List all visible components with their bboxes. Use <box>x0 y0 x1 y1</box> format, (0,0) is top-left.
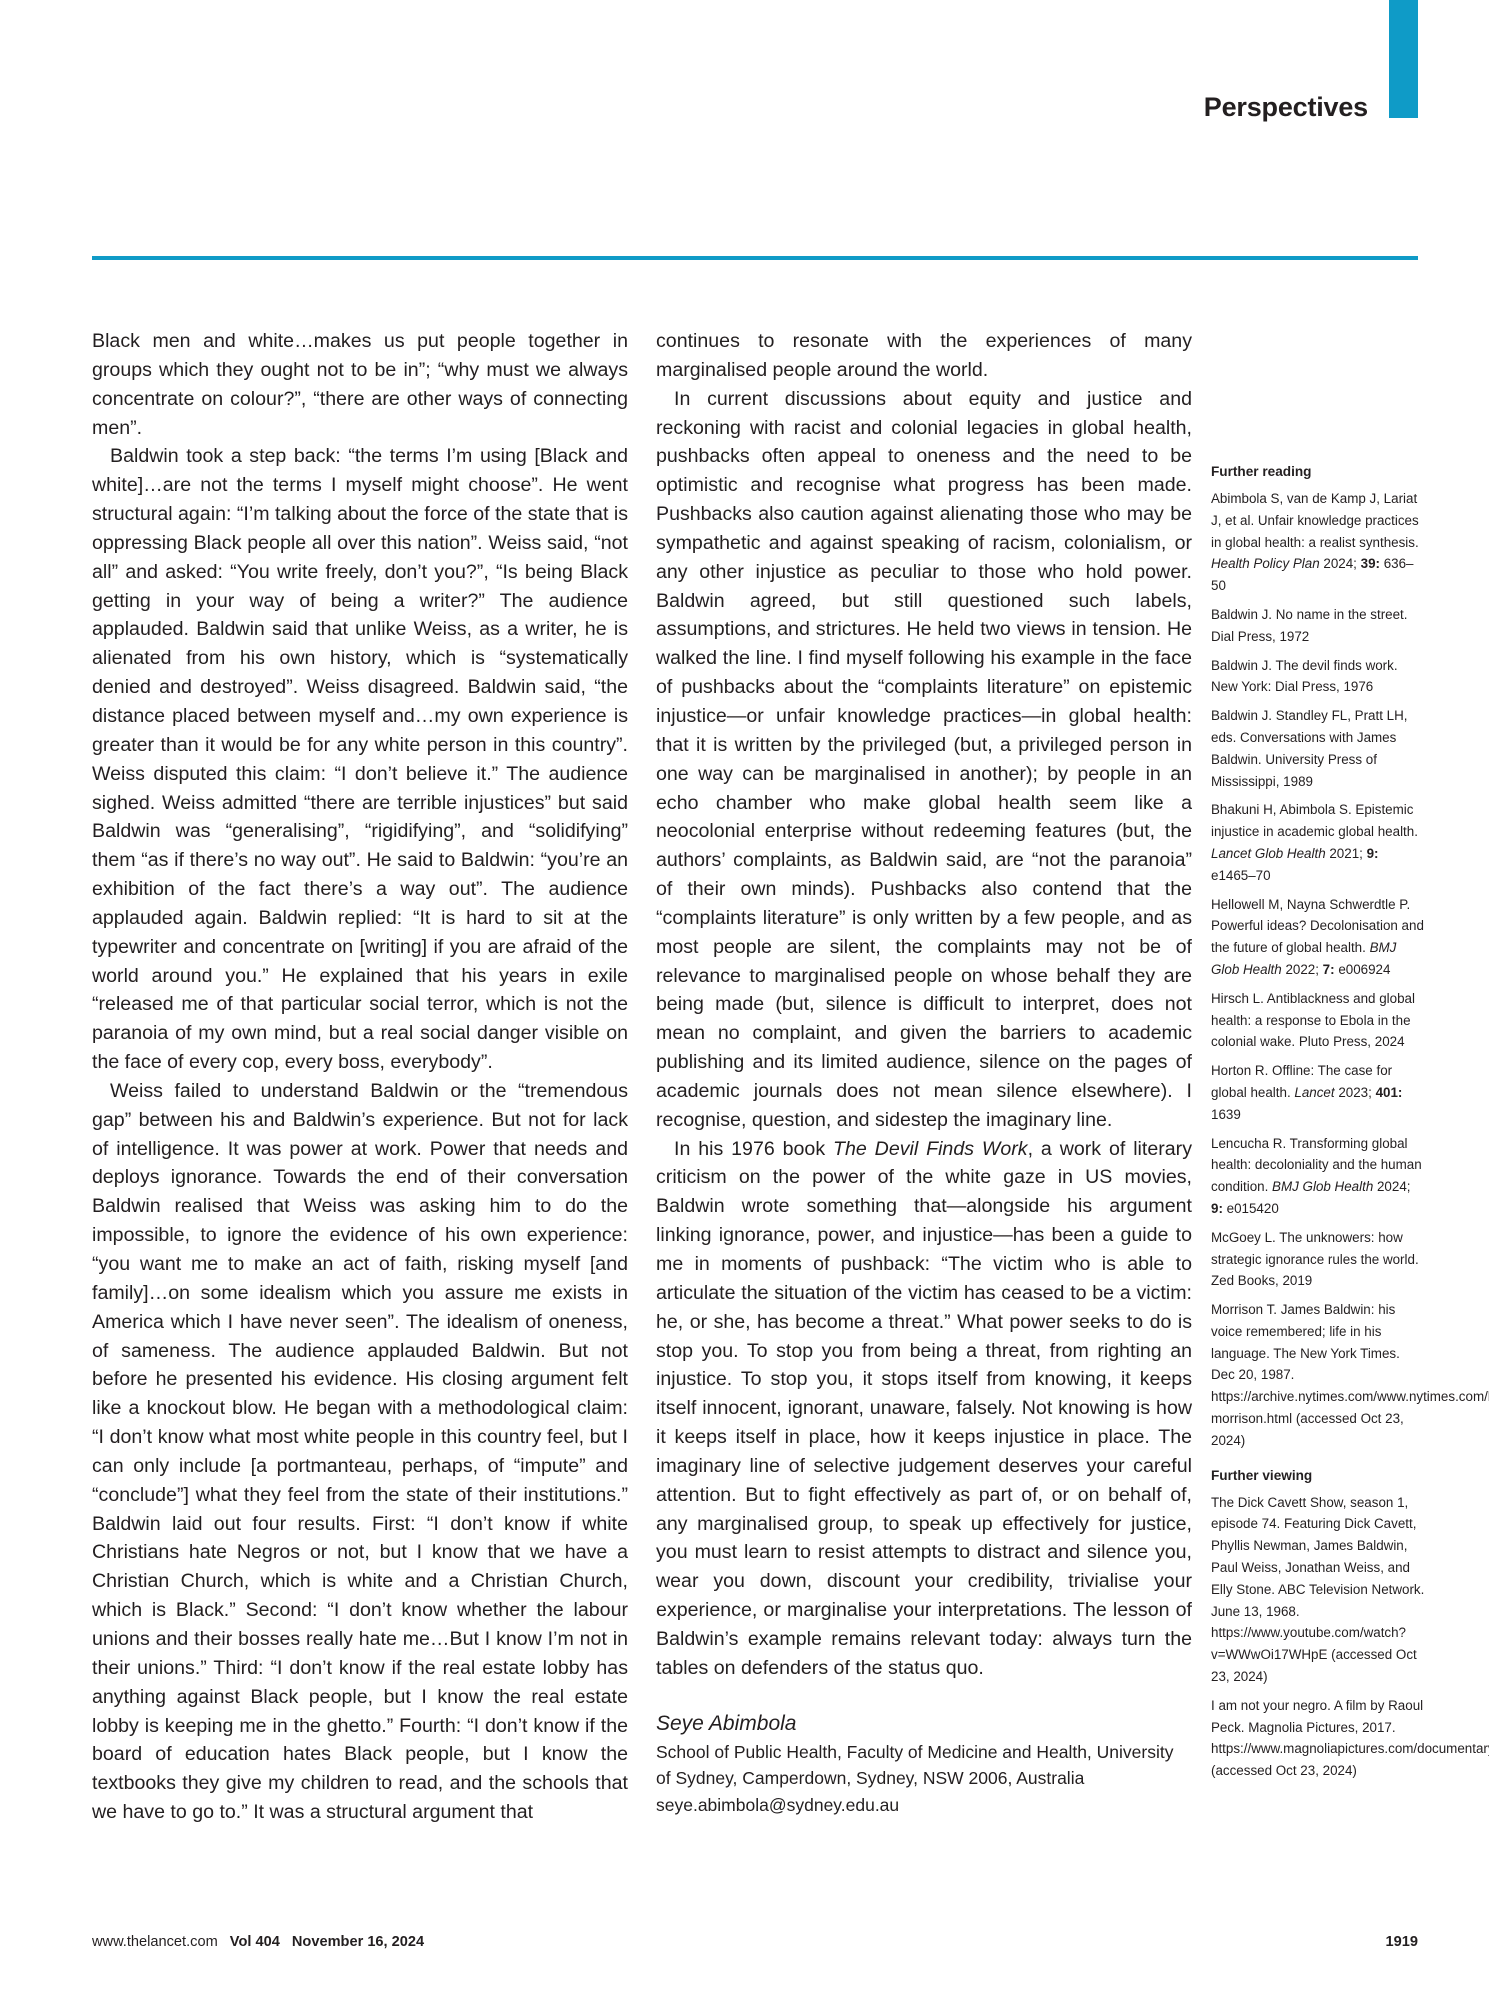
reference-item: Baldwin J. The devil finds work. New Yor… <box>1211 655 1426 699</box>
reference-item: Hellowell M, Nayna Schwerdtle P. Powerfu… <box>1211 894 1426 981</box>
footer-citation: www.thelancet.com Vol 404 November 16, 2… <box>92 1934 432 1950</box>
reference-item: Bhakuni H, Abimbola S. Epistemic injusti… <box>1211 799 1426 886</box>
further-viewing-heading: Further viewing <box>1211 1466 1426 1486</box>
section-accent-bar <box>1389 0 1418 118</box>
paragraph-text: In his 1976 book <box>674 1138 833 1160</box>
reference-item: Lencucha R. Transforming global health: … <box>1211 1133 1426 1220</box>
volume: Vol 404 <box>230 1934 280 1950</box>
further-reading-list: Abimbola S, van de Kamp J, Lariat J, et … <box>1211 488 1426 1452</box>
viewing-item: The Dick Cavett Show, season 1, episode … <box>1211 1492 1426 1688</box>
author-name: Seye Abimbola <box>656 1709 1192 1739</box>
section-title: Perspectives <box>1204 92 1368 123</box>
issue-date: November 16, 2024 <box>292 1934 424 1950</box>
paragraph: Black men and white…makes us put people … <box>92 327 628 442</box>
middle-column: continues to resonate with the experienc… <box>656 327 1192 1818</box>
viewing-item: I am not your negro. A film by Raoul Pec… <box>1211 1695 1426 1782</box>
page-number: 1919 <box>1386 1934 1418 1950</box>
paragraph: In current discussions about equity and … <box>656 385 1192 1135</box>
paragraph: In his 1976 book The Devil Finds Work, a… <box>656 1135 1192 1683</box>
further-reading-heading: Further reading <box>1211 462 1426 482</box>
left-column: Black men and white…makes us put people … <box>92 327 628 1827</box>
reference-item: Abimbola S, van de Kamp J, Lariat J, et … <box>1211 488 1426 597</box>
author-block: Seye Abimbola School of Public Health, F… <box>656 1709 1192 1819</box>
author-email[interactable]: seye.abimbola@sydney.edu.au <box>656 1792 1192 1819</box>
paragraph-text: , a work of literary criticism on the po… <box>656 1138 1192 1679</box>
reference-item: Morrison T. James Baldwin: his voice rem… <box>1211 1299 1426 1452</box>
paragraph: Weiss failed to understand Baldwin or th… <box>92 1077 628 1827</box>
reference-item: Hirsch L. Antiblackness and global healt… <box>1211 988 1426 1053</box>
reference-item: Baldwin J. Standley FL, Pratt LH, eds. C… <box>1211 705 1426 792</box>
book-title: The Devil Finds Work <box>833 1138 1028 1160</box>
sidebar-references: Further reading Abimbola S, van de Kamp … <box>1211 462 1426 1789</box>
paragraph: continues to resonate with the experienc… <box>656 327 1192 385</box>
reference-item: Horton R. Offline: The case for global h… <box>1211 1060 1426 1125</box>
reference-item: Baldwin J. No name in the street. Dial P… <box>1211 604 1426 648</box>
paragraph: Baldwin took a step back: “the terms I’m… <box>92 442 628 1077</box>
journal-url[interactable]: www.thelancet.com <box>92 1934 218 1950</box>
author-affiliation: School of Public Health, Faculty of Medi… <box>656 1739 1192 1792</box>
header-rule <box>92 256 1418 260</box>
reference-item: McGoey L. The unknowers: how strategic i… <box>1211 1227 1426 1292</box>
